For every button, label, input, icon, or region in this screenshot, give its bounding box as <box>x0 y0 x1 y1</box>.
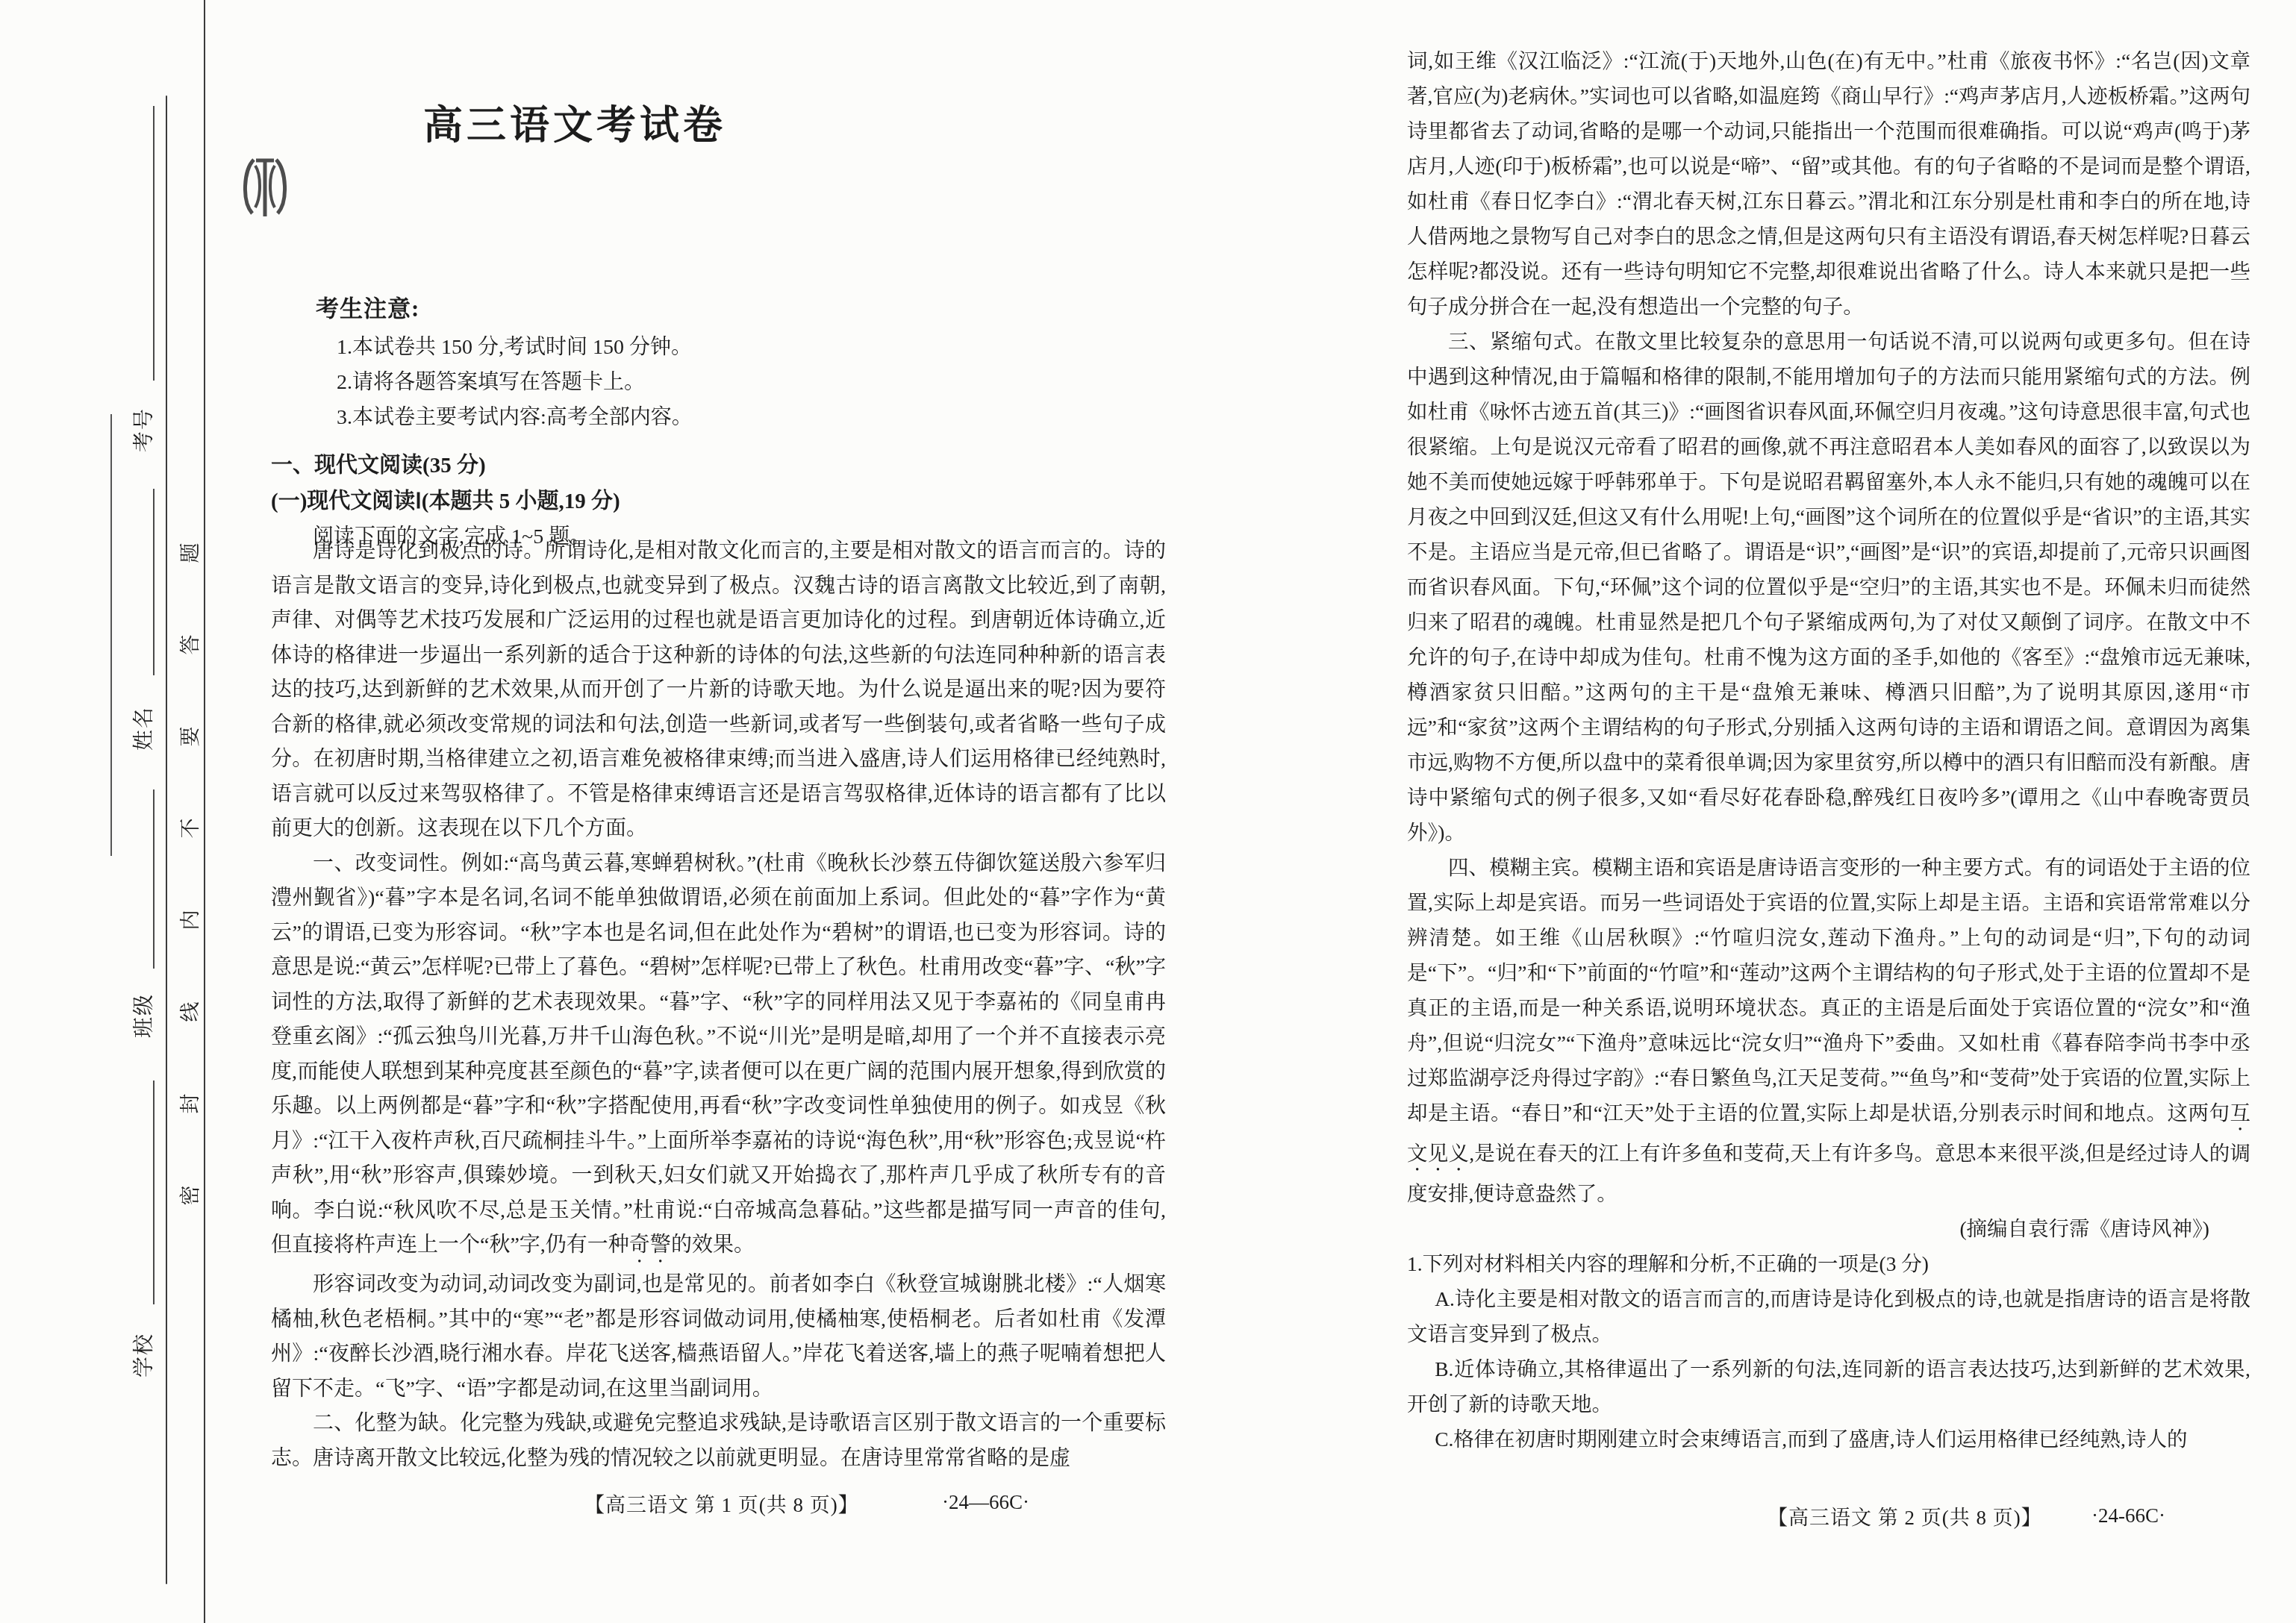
question-1-option-c: C.格律在初唐时期刚建立时会束缚语言,而到了盛唐,诗人们运用格律已经纯熟,诗人的 <box>1407 1422 2250 1457</box>
seal-line-char: 答 <box>174 634 196 656</box>
passage-paragraph: 一、改变词性。例如:“高鸟黄云暮,寒蝉碧树秋。”(杜甫《晚秋长沙蔡五侍御饮筵送殷… <box>271 847 1166 1269</box>
passage-citation: (摘编自袁行霈《唐诗风神》) <box>1407 1211 2250 1246</box>
paragraph-text: 的效果。 <box>671 1233 755 1257</box>
page1-footer-exam-code: ·24—66C· <box>942 1491 1029 1514</box>
seal-line-char: 封 <box>174 1092 196 1115</box>
paragraph-text: 形容词改变为动词,动词改变为副词,也是常见的。前者如李白《秋登宣城谢朓北楼》:“… <box>271 1273 1166 1401</box>
circular-seal-logo-icon <box>239 154 291 219</box>
page1-footer-page-indicator: 【高三语文 第 1 页(共 8 页)】 <box>584 1489 859 1518</box>
seal-line-outer <box>204 0 205 1623</box>
margin-field-class: 班级 <box>128 986 150 1045</box>
seal-line-char: 要 <box>174 725 196 748</box>
paragraph-text: 三、紧缩句式。在散文里比较复杂的意思用一句话说不清,可以说两句或更多句。但在诗中… <box>1407 330 2250 844</box>
exam-paper-scan: 考号 姓名 班级 学校 题 答 要 不 内 线 封 密 高三语文考试卷 考生注意… <box>0 0 2296 1623</box>
question-1-option-a: A.诗化主要是相对散文的语言而言的,而唐诗是诗化到极点的诗,也就是指唐诗的语言是… <box>1407 1281 2250 1351</box>
write-in-blank-line <box>153 106 155 381</box>
margin-rule-short <box>110 414 112 856</box>
paragraph-text: 词,如王维《汉江临泛》:“江流(于)天地外,山色(在)有无中。”杜甫《旅夜书怀》… <box>1407 49 2250 318</box>
question-1-option-b: B.近体诗确立,其格律逼出了一系列新的句法,连同新的语言表达技巧,达到新鲜的艺术… <box>1407 1351 2250 1422</box>
paragraph-text: 二、化整为缺。化完整为残缺,或避免完整追求残缺,是诗歌语言区别于散文语言的一个重… <box>271 1412 1166 1470</box>
seal-line-char: 线 <box>174 1001 196 1023</box>
section-heading: 一、现代文阅读(35 分) <box>271 448 1166 484</box>
passage-paragraph: 词,如王维《汉江临泛》:“江流(于)天地外,山色(在)有无中。”杜甫《旅夜书怀》… <box>1407 43 2250 324</box>
notice-item: 1.本试卷共 150 分,考试时间 150 分钟。 <box>337 330 883 365</box>
write-in-blank-line <box>153 489 155 675</box>
page2-footer-exam-code: ·24-66C· <box>2091 1504 2165 1527</box>
seal-line-inner <box>166 96 167 1584</box>
seal-line-char: 密 <box>174 1184 196 1207</box>
page2-column: 词,如王维《汉江临泛》:“江流(于)天地外,山色(在)有无中。”杜甫《旅夜书怀》… <box>1407 43 2250 1457</box>
passage-paragraph: 唐诗是诗化到极点的诗。所谓诗化,是相对散文化而言的,主要是相对散文的语言而言的。… <box>271 534 1166 847</box>
passage-paragraph: 三、紧缩句式。在散文里比较复杂的意思用一句话说不清,可以说两句或更多句。但在诗中… <box>1407 324 2250 850</box>
margin-field-name: 姓名 <box>128 698 150 758</box>
seal-line-char: 题 <box>174 542 196 564</box>
paragraph-text: 唐诗是诗化到极点的诗。所谓诗化,是相对散文化而言的,主要是相对散文的语言而言的。… <box>271 540 1166 840</box>
page2-footer-page-indicator: 【高三语文 第 2 页(共 8 页)】 <box>1768 1501 2042 1530</box>
subsection-heading: (一)现代文阅读Ⅰ(本题共 5 小题,19 分) <box>271 484 1166 519</box>
notice-item: 2.请将各题答案填写在答题卡上。 <box>337 365 883 400</box>
question-1-stem: 1.下列对材料相关内容的理解和分析,不正确的一项是(3 分) <box>1407 1246 2250 1281</box>
notice-heading: 考生注意: <box>316 290 883 323</box>
margin-field-school: 学校 <box>128 1325 150 1385</box>
passage-paragraph: 形容词改变为动词,动词改变为副词,也是常见的。前者如李白《秋登宣城谢朓北楼》:“… <box>271 1268 1166 1407</box>
passage-paragraph: 四、模糊主宾。模糊主语和宾语是唐诗语言变形的一种主要方式。有的词语处于主语的位置… <box>1407 850 2250 1211</box>
candidate-notice: 考生注意: 1.本试卷共 150 分,考试时间 150 分钟。 2.请将各题答案… <box>316 290 883 435</box>
exam-title: 高三语文考试卷 <box>411 94 739 151</box>
seal-line-char: 内 <box>174 909 196 931</box>
passage-paragraph: 二、化整为缺。化完整为残缺,或避免完整追求残缺,是诗歌语言区别于散文语言的一个重… <box>271 1407 1166 1476</box>
emphasized-text: 奇警 <box>629 1233 671 1257</box>
margin-field-exam-number: 考号 <box>128 400 150 460</box>
paragraph-text: 四、模糊主宾。模糊主语和宾语是唐诗语言变形的一种主要方式。有的词语处于主语的位置… <box>1407 856 2250 1125</box>
page1-passage: 唐诗是诗化到极点的诗。所谓诗化,是相对散文化而言的,主要是相对散文的语言而言的。… <box>271 534 1166 1476</box>
write-in-blank-line <box>153 1081 155 1304</box>
paragraph-text: ,是说在春天的江上有许多鱼和芰荷,天上有许多鸟。意思本来很平淡,但是经过诗人的调… <box>1407 1142 2250 1205</box>
seal-line-char: 不 <box>174 817 196 839</box>
notice-item: 3.本试卷主要考试内容:高考全部内容。 <box>337 400 883 435</box>
page2-passage: 词,如王维《汉江临泛》:“江流(于)天地外,山色(在)有无中。”杜甫《旅夜书怀》… <box>1407 43 2250 1211</box>
paragraph-text: 一、改变词性。例如:“高鸟黄云暮,寒蝉碧树秋。”(杜甫《晚秋长沙蔡五侍御饮筵送殷… <box>271 852 1166 1257</box>
write-in-blank-line <box>153 789 155 969</box>
